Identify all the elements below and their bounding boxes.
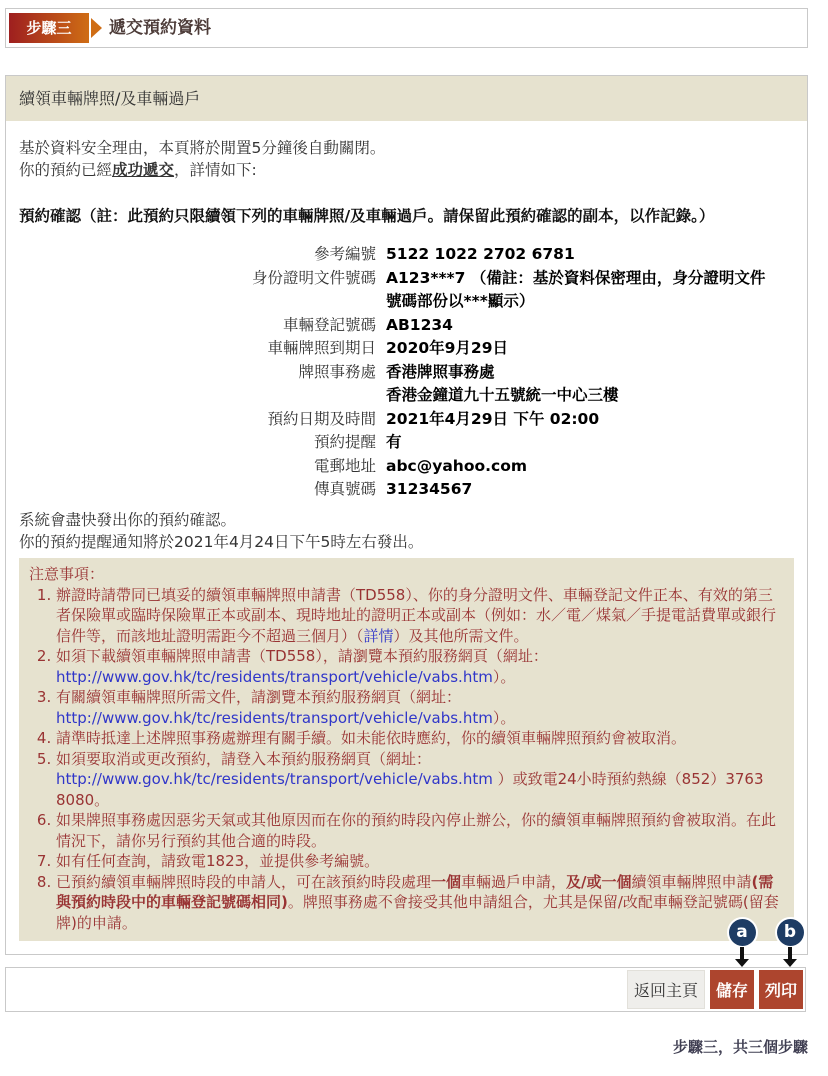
note-text: ）及其他所需文件。 [394, 627, 529, 645]
status-success-text: 成功遞交 [112, 161, 174, 179]
detail-value: 31234567 [386, 478, 472, 502]
detail-value: 5122 1022 2702 6781 [386, 243, 575, 267]
main-panel: 續領車輛牌照/及車輛過戶 基於資料安全理由，本頁將於閒置5分鐘後自動關閉。 你的… [5, 75, 808, 955]
note-text: 如有任何查詢，請致電1823，並提供參考編號。 [56, 852, 379, 870]
section-header: 續領車輛牌照/及車輛過戶 [6, 76, 807, 121]
note-text: 有關續領車輛牌照所需文件，請瀏覽本預約服務網頁（網址： [56, 688, 461, 706]
detail-label: 參考編號 [19, 243, 376, 267]
detail-row: 車輛登記號碼AB1234 [19, 314, 794, 338]
arrow-down-head-icon [783, 959, 797, 967]
note-item: 辦證時請帶同已填妥的續領車輛牌照申請書（TD558）、你的身分證明文件、車輛登記… [56, 585, 784, 647]
back-home-button[interactable]: 返回主頁 [627, 970, 705, 1009]
detail-label: 預約日期及時間 [19, 408, 376, 432]
note-text: 車輛過戶申請， [461, 873, 566, 891]
confirmation-heading: 預約確認（註：此預約只限續領下列的車輛牌照/及車輛過戶。請保留此預約確認的副本，… [19, 205, 794, 227]
annotation-a: a [727, 919, 757, 967]
detail-value: AB1234 [386, 314, 453, 338]
detail-row: 身份證明文件號碼A123***7 （備註：基於資料保密理由，身分證明文件號碼部份… [19, 267, 794, 314]
annotation-a-badge: a [729, 919, 756, 946]
note-text: 及/或一個 [566, 873, 631, 891]
detail-label: 車輛牌照到期日 [19, 337, 376, 361]
detail-row: 車輛牌照到期日2020年9月29日 [19, 337, 794, 361]
print-button[interactable]: 列印 [759, 970, 803, 1009]
action-bar: 返回主頁 儲存 列印 [5, 967, 806, 1012]
step-badge-arrow-icon [91, 18, 102, 38]
arrow-down-head-icon [735, 959, 749, 967]
note-item: 有關續領車輛牌照所需文件，請瀏覽本預約服務網頁（網址： http://www.g… [56, 687, 784, 728]
note-text: 如果牌照事務處因惡劣天氣或其他原因而在你的預約時段內停止辦公，你的續領車輛牌照預… [56, 811, 776, 850]
note-text: ）。 [493, 668, 516, 686]
detail-row: 傳真號碼31234567 [19, 478, 794, 502]
note-item: 如須下載續領車輛牌照申請書（TD558），請瀏覽本預約服務網頁（網址： http… [56, 646, 784, 687]
note-link[interactable]: http://www.gov.hk/tc/residents/transport… [56, 668, 493, 686]
submission-status-line: 你的預約已經成功遞交，詳情如下: [19, 159, 794, 181]
status-prefix: 你的預約已經 [19, 161, 112, 179]
save-button[interactable]: 儲存 [710, 970, 754, 1009]
note-item: 如有任何查詢，請致電1823，並提供參考編號。 [56, 851, 784, 872]
note-text: 如須下載續領車輛牌照申請書（TD558），請瀏覽本預約服務網頁（網址： [56, 647, 548, 665]
detail-value: 2020年9月29日 [386, 337, 508, 361]
note-link[interactable]: http://www.gov.hk/tc/residents/transport… [56, 770, 493, 788]
detail-label: 傳真號碼 [19, 478, 376, 502]
detail-value: 有 [386, 431, 402, 455]
note-text: 續領車輛牌照申請 [632, 873, 752, 891]
detail-value: 香港牌照事務處香港金鐘道九十五號統一中心三樓 [386, 361, 619, 408]
annotation-b: b [775, 919, 805, 967]
note-link[interactable]: http://www.gov.hk/tc/residents/transport… [56, 709, 493, 727]
detail-row: 牌照事務處香港牌照事務處香港金鐘道九十五號統一中心三樓 [19, 361, 794, 408]
note-text: 一個 [431, 873, 461, 891]
arrow-down-icon [740, 947, 744, 959]
detail-row: 預約日期及時間2021年4月29日 下午 02:00 [19, 408, 794, 432]
detail-label: 牌照事務處 [19, 361, 376, 408]
detail-row: 參考編號5122 1022 2702 6781 [19, 243, 794, 267]
detail-label: 車輛登記號碼 [19, 314, 376, 338]
note-item: 如須要取消或更改預約，請登入本預約服務網頁（網址： http://www.gov… [56, 749, 784, 811]
reminder-dispatch-note: 你的預約提醒通知將於2021年4月24日下午5時左右發出。 [19, 531, 794, 553]
detail-value: A123***7 （備註：基於資料保密理由，身分證明文件號碼部份以***顯示） [386, 267, 776, 314]
detail-row: 預約提醒有 [19, 431, 794, 455]
detail-row: 電郵地址abc@yahoo.com [19, 455, 794, 479]
step-badge: 步驟三 [9, 13, 89, 43]
note-item: 如果牌照事務處因惡劣天氣或其他原因而在你的預約時段內停止辦公，你的續領車輛牌照預… [56, 810, 784, 851]
notes-heading: 注意事項： [29, 563, 784, 585]
notes-list: 辦證時請帶同已填妥的續領車輛牌照申請書（TD558）、你的身分證明文件、車輛登記… [29, 585, 784, 934]
auto-close-notice: 基於資料安全理由，本頁將於閒置5分鐘後自動關閉。 [19, 137, 794, 159]
note-text: 請準時抵達上述牌照事務處辦理有關手續。如未能依時應約，你的續領車輛牌照預約會被取… [56, 729, 686, 747]
note-text: ）。 [493, 709, 516, 727]
detail-label: 身份證明文件號碼 [19, 267, 376, 314]
notes-box: 注意事項： 辦證時請帶同已填妥的續領車輛牌照申請書（TD558）、你的身分證明文… [19, 558, 794, 942]
detail-value: 2021年4月29日 下午 02:00 [386, 408, 599, 432]
arrow-down-icon [788, 947, 792, 959]
step-header-bar: 步驟三 遞交預約資料 [5, 8, 808, 48]
step-progress-note: 步驟三，共三個步驟 [5, 1036, 808, 1057]
annotation-b-badge: b [777, 919, 804, 946]
detail-label: 預約提醒 [19, 431, 376, 455]
detail-value: abc@yahoo.com [386, 455, 527, 479]
note-link[interactable]: 詳情 [364, 627, 394, 645]
note-text: 如須要取消或更改預約，請登入本預約服務網頁（網址： [56, 750, 431, 768]
booking-details: 參考編號5122 1022 2702 6781身份證明文件號碼A123***7 … [19, 243, 794, 502]
note-text: 已預約續領車輛牌照時段的申請人，可在該預約時段處理 [56, 873, 431, 891]
panel-body: 基於資料安全理由，本頁將於閒置5分鐘後自動關閉。 你的預約已經成功遞交，詳情如下… [6, 121, 807, 941]
confirmation-dispatch-note: 系統會盡快發出你的預約確認。 [19, 509, 794, 531]
detail-label: 電郵地址 [19, 455, 376, 479]
note-item: 已預約續領車輛牌照時段的申請人，可在該預約時段處理一個車輛過戶申請，及/或一個續… [56, 872, 784, 934]
page-title: 遞交預約資料 [109, 9, 211, 47]
status-suffix: ，詳情如下: [174, 161, 257, 179]
note-item: 請準時抵達上述牌照事務處辦理有關手續。如未能依時應約，你的續領車輛牌照預約會被取… [56, 728, 784, 749]
